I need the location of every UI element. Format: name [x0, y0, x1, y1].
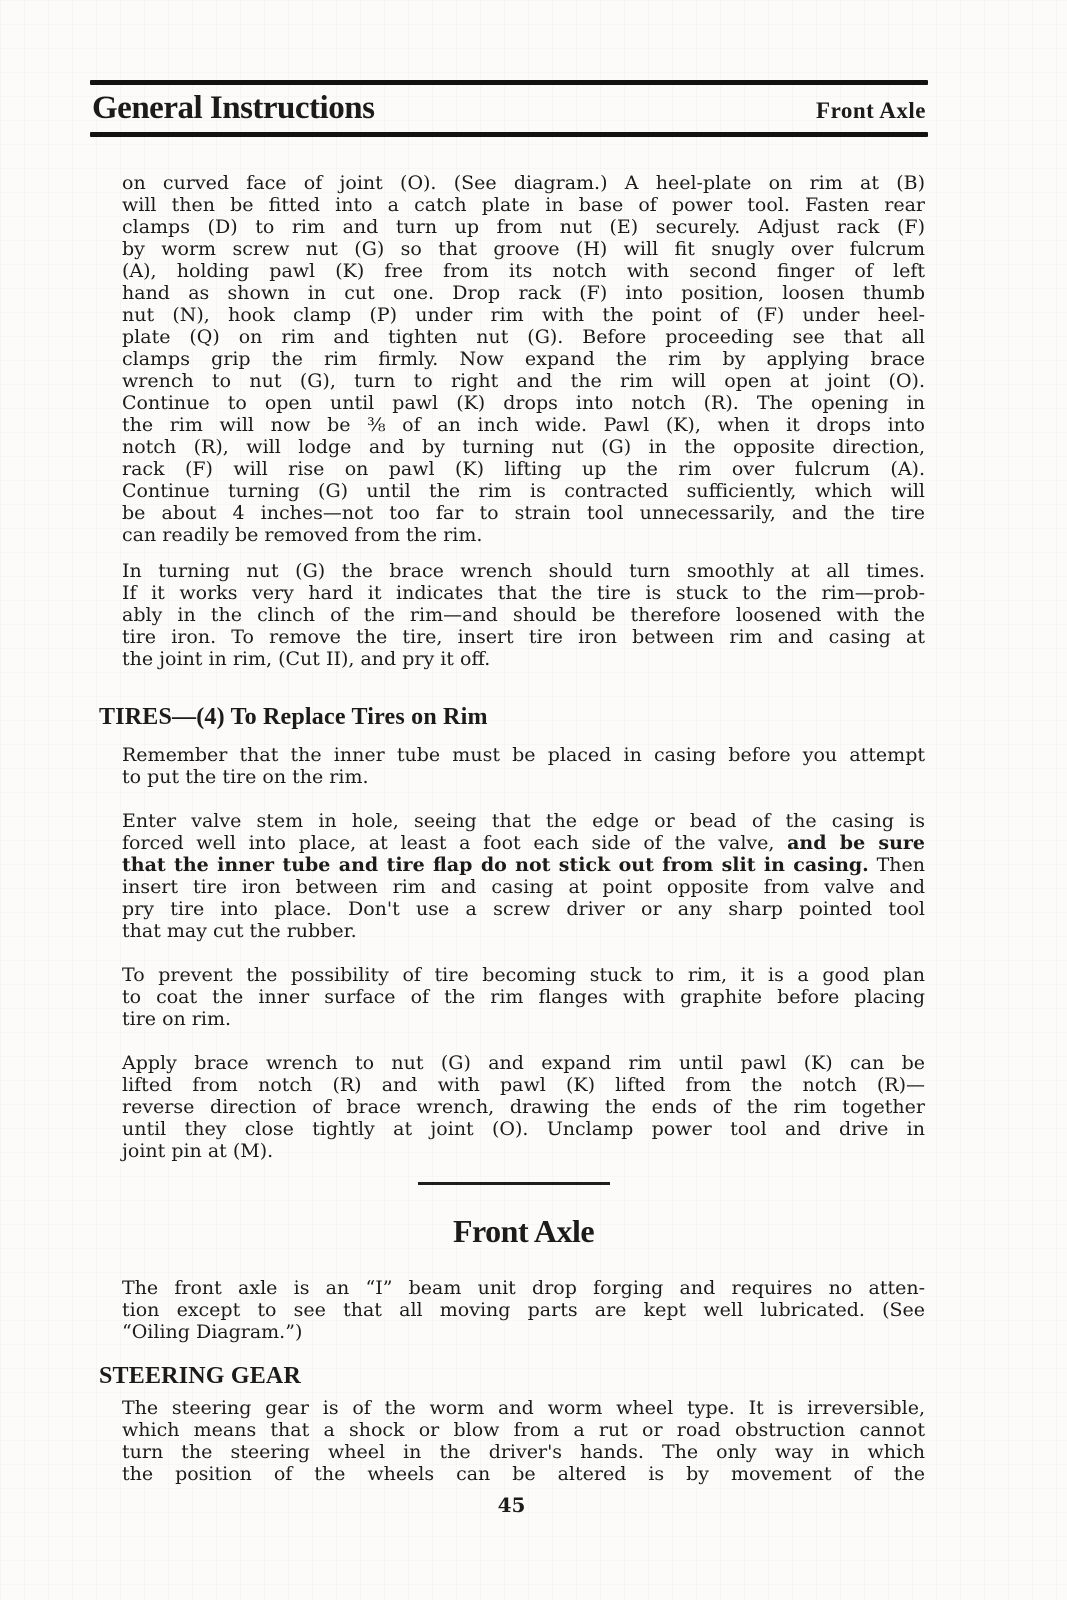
text-segment: If it works very hard it indicates that …	[122, 582, 925, 604]
paragraph-rim-expansion: on curved face of joint (O). (See diagra…	[122, 172, 925, 546]
text-segment: the position of the wheels can be altere…	[122, 1463, 925, 1485]
text-line: that may cut the rubber.	[122, 920, 925, 942]
text-segment: be about 4 inches—not too far to strain …	[122, 502, 925, 524]
text-segment: to coat the inner surface of the rim fla…	[122, 986, 925, 1008]
text-segment: hand as shown in cut one. Drop rack (F) …	[122, 282, 925, 304]
section-divider-rule	[418, 1182, 610, 1185]
text-segment: the joint in rim, (Cut II), and pry it o…	[122, 648, 490, 670]
text-line: clamps grip the rim firmly. Now expand t…	[122, 348, 925, 370]
text-line: the position of the wheels can be altere…	[122, 1463, 925, 1485]
text-segment: Then	[869, 854, 925, 876]
running-head-section: Front Axle	[816, 99, 926, 123]
heading-steering-gear: STEERING GEAR	[99, 1363, 925, 1389]
text-line: nut (N), hook clamp (P) under rim with t…	[122, 304, 925, 326]
text-segment: clamps grip the rim firmly. Now expand t…	[122, 348, 925, 370]
text-line: To prevent the possibility of tire becom…	[122, 964, 925, 986]
text-line: ably in the clinch of the rim—and should…	[122, 604, 925, 626]
text-line: to coat the inner surface of the rim fla…	[122, 986, 925, 1008]
text-segment: (A), holding pawl (K) free from its notc…	[122, 260, 925, 282]
text-line: notch (R), will lodge and by turning nut…	[122, 436, 925, 458]
paragraph-enter-valve: Enter valve stem in hole, seeing that th…	[122, 810, 925, 942]
text-line: In turning nut (G) the brace wrench shou…	[122, 560, 925, 582]
heading-tires: TIRES—(4) To Replace Tires on Rim	[99, 704, 925, 730]
text-segment: turn the steering wheel in the driver's …	[122, 1441, 925, 1463]
content: on curved face of joint (O). (See diagra…	[122, 172, 925, 1485]
text-line: tion except to see that all moving parts…	[122, 1299, 925, 1321]
page-footer: 45	[122, 1494, 925, 1516]
paragraph-remember-tube: Remember that the inner tube must be pla…	[122, 744, 925, 788]
text-line: on curved face of joint (O). (See diagra…	[122, 172, 925, 194]
text-segment: until they close tightly at joint (O). U…	[122, 1118, 925, 1140]
text-segment: by worm screw nut (G) so that groove (H)…	[122, 238, 925, 260]
text-line: plate (Q) on rim and tighten nut (G). Be…	[122, 326, 925, 348]
text-line: to put the tire on the rim.	[122, 766, 925, 788]
manual-page: General Instructions Front Axle on curve…	[0, 0, 1067, 1600]
text-segment: insert tire iron between rim and casing …	[122, 876, 925, 898]
text-line: by worm screw nut (G) so that groove (H)…	[122, 238, 925, 260]
text-segment: notch (R), will lodge and by turning nut…	[122, 436, 925, 458]
text-segment: ably in the clinch of the rim—and should…	[122, 604, 925, 626]
text-line: tire on rim.	[122, 1008, 925, 1030]
text-segment: Remember that the inner tube must be pla…	[122, 744, 925, 766]
bold-emphasis: and be sure	[787, 832, 925, 854]
text-line: clamps (D) to rim and turn up from nut (…	[122, 216, 925, 238]
paragraph-turning-nut: In turning nut (G) the brace wrench shou…	[122, 560, 925, 670]
text-line: “Oiling Diagram.”)	[122, 1321, 925, 1343]
text-segment: tion except to see that all moving parts…	[122, 1299, 925, 1321]
text-line: The steering gear is of the worm and wor…	[122, 1397, 925, 1419]
text-line: Remember that the inner tube must be pla…	[122, 744, 925, 766]
paragraph-apply-brace: Apply brace wrench to nut (G) and expand…	[122, 1052, 925, 1162]
paragraph-graphite: To prevent the possibility of tire becom…	[122, 964, 925, 1030]
section-divider	[122, 1182, 925, 1185]
text-segment: reverse direction of brace wrench, drawi…	[122, 1096, 925, 1118]
text-segment: clamps (D) to rim and turn up from nut (…	[122, 216, 925, 238]
text-segment: Continue to open until pawl (K) drops in…	[122, 392, 925, 414]
text-segment: to put the tire on the rim.	[122, 766, 369, 788]
paragraph-steering-gear: The steering gear is of the worm and wor…	[122, 1397, 925, 1485]
text-line: will then be fitted into a catch plate i…	[122, 194, 925, 216]
text-segment: that may cut the rubber.	[122, 920, 357, 942]
text-line: forced well into place, at least a foot …	[122, 832, 925, 854]
text-line: lifted from notch (R) and with pawl (K) …	[122, 1074, 925, 1096]
text-segment: wrench to nut (G), turn to right and the…	[122, 370, 925, 392]
text-line: can readily be removed from the rim.	[122, 524, 925, 546]
text-segment: on curved face of joint (O). (See diagra…	[122, 172, 925, 194]
text-line: which means that a shock or blow from a …	[122, 1419, 925, 1441]
text-line: reverse direction of brace wrench, drawi…	[122, 1096, 925, 1118]
text-segment: pry tire into place. Don't use a screw d…	[122, 898, 925, 920]
text-line: hand as shown in cut one. Drop rack (F) …	[122, 282, 925, 304]
text-segment: plate (Q) on rim and tighten nut (G). Be…	[122, 326, 925, 348]
paragraph-front-axle: The front axle is an “I” beam unit drop …	[122, 1277, 925, 1343]
header-bottom-rule	[90, 132, 928, 137]
text-line: the rim will now be ⅜ of an inch wide. P…	[122, 414, 925, 436]
text-line: (A), holding pawl (K) free from its notc…	[122, 260, 925, 282]
text-line: joint pin at (M).	[122, 1140, 925, 1162]
text-line: Enter valve stem in hole, seeing that th…	[122, 810, 925, 832]
text-segment: Continue turning (G) until the rim is co…	[122, 480, 925, 502]
text-segment: In turning nut (G) the brace wrench shou…	[122, 560, 925, 582]
text-segment: tire iron. To remove the tire, insert ti…	[122, 626, 925, 648]
text-segment: Apply brace wrench to nut (G) and expand…	[122, 1052, 925, 1074]
text-line: turn the steering wheel in the driver's …	[122, 1441, 925, 1463]
text-line: Continue turning (G) until the rim is co…	[122, 480, 925, 502]
header-row: General Instructions Front Axle	[90, 85, 928, 132]
text-segment: can readily be removed from the rim.	[122, 524, 482, 546]
text-line: If it works very hard it indicates that …	[122, 582, 925, 604]
page-header-title: General Instructions	[92, 91, 374, 125]
text-segment: “Oiling Diagram.”)	[122, 1321, 302, 1343]
text-line: be about 4 inches—not too far to strain …	[122, 502, 925, 524]
heading-front-axle: Front Axle	[122, 1211, 925, 1251]
text-line: The front axle is an “I” beam unit drop …	[122, 1277, 925, 1299]
text-segment: Enter valve stem in hole, seeing that th…	[122, 810, 925, 832]
text-line: that the inner tube and tire flap do not…	[122, 854, 925, 876]
text-segment: lifted from notch (R) and with pawl (K) …	[122, 1074, 925, 1096]
text-segment: nut (N), hook clamp (P) under rim with t…	[122, 304, 925, 326]
text-segment: The steering gear is of the worm and wor…	[122, 1397, 925, 1419]
text-segment: forced well into place, at least a foot …	[122, 832, 787, 854]
text-line: rack (F) will rise on pawl (K) lifting u…	[122, 458, 925, 480]
text-segment: will then be fitted into a catch plate i…	[122, 194, 925, 216]
text-line: until they close tightly at joint (O). U…	[122, 1118, 925, 1140]
text-line: insert tire iron between rim and casing …	[122, 876, 925, 898]
text-line: Apply brace wrench to nut (G) and expand…	[122, 1052, 925, 1074]
text-line: tire iron. To remove the tire, insert ti…	[122, 626, 925, 648]
text-line: pry tire into place. Don't use a screw d…	[122, 898, 925, 920]
bold-emphasis: that the inner tube and tire flap do not…	[122, 854, 869, 876]
text-line: wrench to nut (G), turn to right and the…	[122, 370, 925, 392]
text-line: Continue to open until pawl (K) drops in…	[122, 392, 925, 414]
page-number: 45	[498, 1494, 526, 1516]
text-segment: To prevent the possibility of tire becom…	[122, 964, 925, 986]
text-segment: the rim will now be ⅜ of an inch wide. P…	[122, 414, 925, 436]
page-header: General Instructions Front Axle	[90, 80, 928, 137]
text-segment: tire on rim.	[122, 1008, 231, 1030]
text-segment: which means that a shock or blow from a …	[122, 1419, 925, 1441]
text-segment: joint pin at (M).	[122, 1140, 273, 1162]
text-line: the joint in rim, (Cut II), and pry it o…	[122, 648, 925, 670]
text-segment: The front axle is an “I” beam unit drop …	[122, 1277, 925, 1299]
text-segment: rack (F) will rise on pawl (K) lifting u…	[122, 458, 925, 480]
